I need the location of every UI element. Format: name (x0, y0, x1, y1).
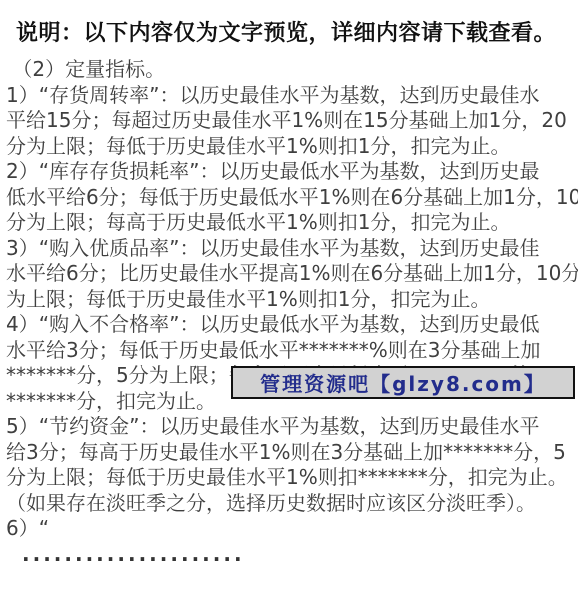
document-line: 分为上限；每低于历史最佳水平1%则扣*******分，扣完为止。 (6, 465, 578, 491)
document-line: 6）“ (6, 516, 578, 542)
watermark-box[interactable]: 管理资源吧【glzy8.com】 (231, 366, 575, 399)
document-line: 1）“存货周转率”：以历史最佳水平为基数，达到历史最佳水 (6, 83, 578, 109)
document-line: 水平给6分；比历史最佳水平提高1%则在6分基础上加1分，10分 (6, 261, 578, 287)
document-line: 水平给3分；每低于历史最低水平*******%则在3分基础上加 (6, 338, 578, 364)
document-line: 为上限；每低于历史最佳水平1%则扣1分，扣完为止。 (6, 287, 578, 313)
document-line: 平给15分；每超过历史最佳水平1%则在15分基础上加1分，20 (6, 108, 578, 134)
document-line: 4）“购入不合格率”：以历史最低水平为基数，达到历史最低 (6, 312, 578, 338)
document-line: 分为上限；每低于历史最佳水平1%则扣1分，扣完为止。 (6, 134, 578, 160)
document-line: （2）定量指标。 (6, 57, 578, 83)
document-line: 分为上限；每高于历史最低水平1%则扣1分，扣完为止。 (6, 210, 578, 236)
ellipsis-line: ..................... (6, 542, 578, 568)
document-line: 3）“购入优质品率”：以历史最佳水平为基数，达到历史最佳 (6, 236, 578, 262)
document-line: 5）“节约资金”：以历史最佳水平为基数，达到历史最佳水平 (6, 414, 578, 440)
document-preview-page: 说明：以下内容仅为文字预览，详细内容请下载查看。 （2）定量指标。 1）“存货周… (0, 0, 578, 600)
document-body: （2）定量指标。 1）“存货周转率”：以历史最佳水平为基数，达到历史最佳水 平给… (6, 57, 578, 567)
watermark-site-label: 管理资源吧【glzy8.com】 (260, 368, 546, 397)
document-line: 2）“库存存货损耗率”：以历史最低水平为基数，达到历史最 (6, 159, 578, 185)
document-line: 给3分；每高于历史最佳水平1%则在3分基础上加*******分，5 (6, 440, 578, 466)
document-line: （如果存在淡旺季之分，选择历史数据时应该区分淡旺季）。 (6, 491, 578, 517)
document-line: 低水平给6分；每低于历史最低水平1%则在6分基础上加1分，10 (6, 185, 578, 211)
preview-notice: 说明：以下内容仅为文字预览，详细内容请下载查看。 (16, 16, 556, 47)
